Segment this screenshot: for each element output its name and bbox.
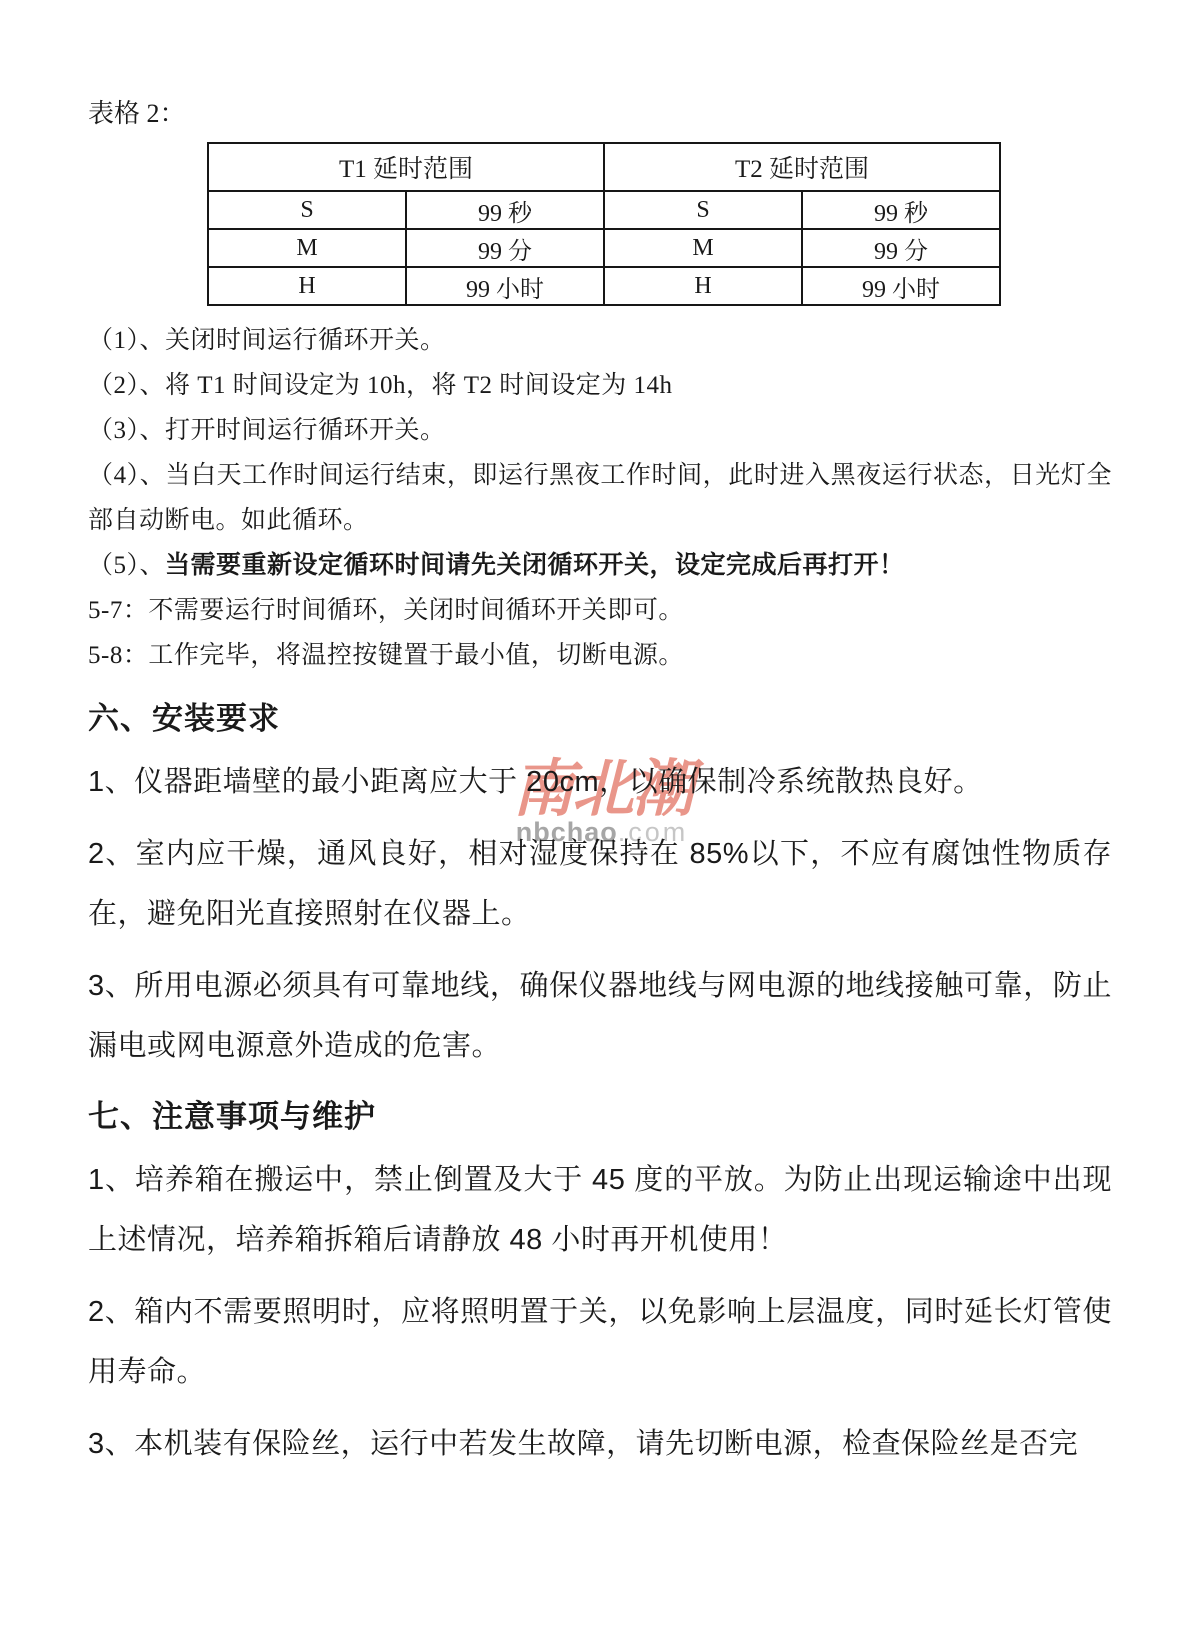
step-list: （1）、关闭时间运行循环开关。 （2）、将 T1 时间设定为 10h，将 T2 … xyxy=(88,318,1112,678)
step-item-5: （5）、当需要重新设定循环时间请先关闭循环开关，设定完成后再打开！ xyxy=(88,543,1112,588)
table-cell: 99 秒 xyxy=(406,191,604,229)
table-cell: 99 分 xyxy=(406,229,604,267)
install-item-1: 1、仪器距墙壁的最小距离应大于 20cm，以确保制冷系统散热良好。 xyxy=(88,752,1112,812)
step-text: 工作完毕，将温控按键置于最小值，切断电源。 xyxy=(148,642,684,669)
install-item-3: 3、所用电源必须具有可靠地线，确保仪器地线与网电源的地线接触可靠，防止漏电或网电… xyxy=(88,956,1112,1076)
step-prefix: 5-7： xyxy=(88,597,148,624)
notes-item-1: 1、培养箱在搬运中，禁止倒置及大于 45 度的平放。为防止出现运输途中出现上述情… xyxy=(88,1150,1112,1270)
step-text-bold: 当需要重新设定循环时间请先关闭循环开关，设定完成后再打开！ xyxy=(165,551,905,579)
notes-item-3: 3、本机装有保险丝，运行中若发生故障，请先切断电源，检查保险丝是否完 xyxy=(88,1414,1112,1474)
notes-item-2: 2、箱内不需要照明时，应将照明置于关，以免影响上层温度，同时延长灯管使用寿命。 xyxy=(88,1282,1112,1402)
step-item-2: （2）、将 T1 时间设定为 10h，将 T2 时间设定为 14h xyxy=(88,363,1112,408)
step-prefix: （5）、 xyxy=(88,552,165,579)
step-text: 不需要运行时间循环，关闭时间循环开关即可。 xyxy=(148,597,684,624)
step-item-5-8: 5-8：工作完毕，将温控按键置于最小值，切断电源。 xyxy=(88,633,1112,678)
step-item-1: （1）、关闭时间运行循环开关。 xyxy=(88,318,1112,363)
install-item-2: 2、室内应干燥，通风良好，相对湿度保持在 85%以下，不应有腐蚀性物质存在，避免… xyxy=(88,824,1112,944)
table-cell: H xyxy=(604,267,802,305)
section-title: 注意事项与维护 xyxy=(152,1099,376,1134)
table-cell: 99 分 xyxy=(802,229,1000,267)
step-text: 当白天工作时间运行结束，即运行黑夜工作时间，此时进入黑夜运行状态，日光灯全部自动… xyxy=(88,462,1112,534)
step-prefix: （1）、 xyxy=(88,327,165,354)
table-header-row: T1 延时范围 T2 延时范围 xyxy=(208,143,1000,191)
table-cell: 99 小时 xyxy=(802,267,1000,305)
step-prefix: （3）、 xyxy=(88,417,165,444)
table-cell: S xyxy=(208,191,406,229)
table-cell: H xyxy=(208,267,406,305)
step-text: 将 T1 时间设定为 10h，将 T2 时间设定为 14h xyxy=(165,372,673,399)
document-content: 表格 2： T1 延时范围 T2 延时范围 S 99 秒 S 99 秒 M 99… xyxy=(0,0,1200,1474)
step-item-4: （4）、当白天工作时间运行结束，即运行黑夜工作时间，此时进入黑夜运行状态，日光灯… xyxy=(88,453,1112,543)
table-cell: 99 秒 xyxy=(802,191,1000,229)
step-prefix: （2）、 xyxy=(88,372,165,399)
table-header-t1: T1 延时范围 xyxy=(208,143,604,191)
step-item-3: （3）、打开时间运行循环开关。 xyxy=(88,408,1112,453)
section-number: 六、 xyxy=(88,701,152,736)
table-row: H 99 小时 H 99 小时 xyxy=(208,267,1000,305)
step-item-5-7: 5-7：不需要运行时间循环，关闭时间循环开关即可。 xyxy=(88,588,1112,633)
section-title: 安装要求 xyxy=(152,701,280,736)
section-number: 七、 xyxy=(88,1099,152,1134)
table-header-t2: T2 延时范围 xyxy=(604,143,1000,191)
table-cell: M xyxy=(604,229,802,267)
delay-range-table: T1 延时范围 T2 延时范围 S 99 秒 S 99 秒 M 99 分 M 9… xyxy=(207,142,1001,306)
table-cell: 99 小时 xyxy=(406,267,604,305)
table-cell: M xyxy=(208,229,406,267)
step-prefix: 5-8： xyxy=(88,642,148,669)
table-cell: S xyxy=(604,191,802,229)
section-heading-notes: 七、注意事项与维护 xyxy=(88,1096,1112,1138)
step-text: 关闭时间运行循环开关。 xyxy=(165,327,446,354)
section-heading-install: 六、安装要求 xyxy=(88,698,1112,740)
table-caption: 表格 2： xyxy=(88,96,1112,132)
step-prefix: （4）、 xyxy=(88,462,165,489)
document-page: 南北潮 nbchao.com 表格 2： T1 延时范围 T2 延时范围 S 9… xyxy=(0,0,1200,1626)
table-row: S 99 秒 S 99 秒 xyxy=(208,191,1000,229)
step-text: 打开时间运行循环开关。 xyxy=(165,417,446,444)
table-row: M 99 分 M 99 分 xyxy=(208,229,1000,267)
